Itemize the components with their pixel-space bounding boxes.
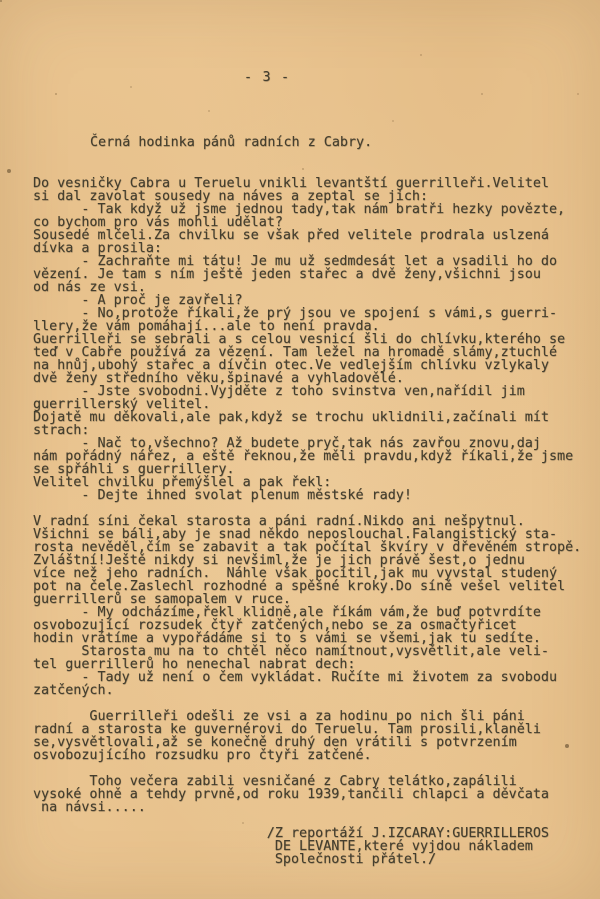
document-body: Do vesničky Cabra u Teruelu vnikli levan… [33, 177, 592, 866]
document-title: Černá hodinka pánů radních z Cabry. [90, 135, 372, 150]
page-number: - 3 - [244, 70, 290, 85]
text-line: - Tady už není o čem vykládat. Ručíte mi… [33, 671, 592, 684]
text-line: na návsi..... [33, 801, 592, 814]
text-line: osvobozujícího rozsudku pro čtyři zatčen… [33, 749, 592, 762]
paper-specks [0, 0, 2, 2]
text-line: Dojatě mu děkovali,ale pak,když se troch… [33, 411, 592, 424]
document-page: - 3 - Černá hodinka pánů radních z Cabry… [0, 0, 600, 899]
text-line: - Dejte ihned svolat plenum městské rady… [33, 489, 592, 502]
text-line: Společnosti přátel./ [33, 853, 592, 866]
text-line: zatčených. [33, 684, 592, 697]
